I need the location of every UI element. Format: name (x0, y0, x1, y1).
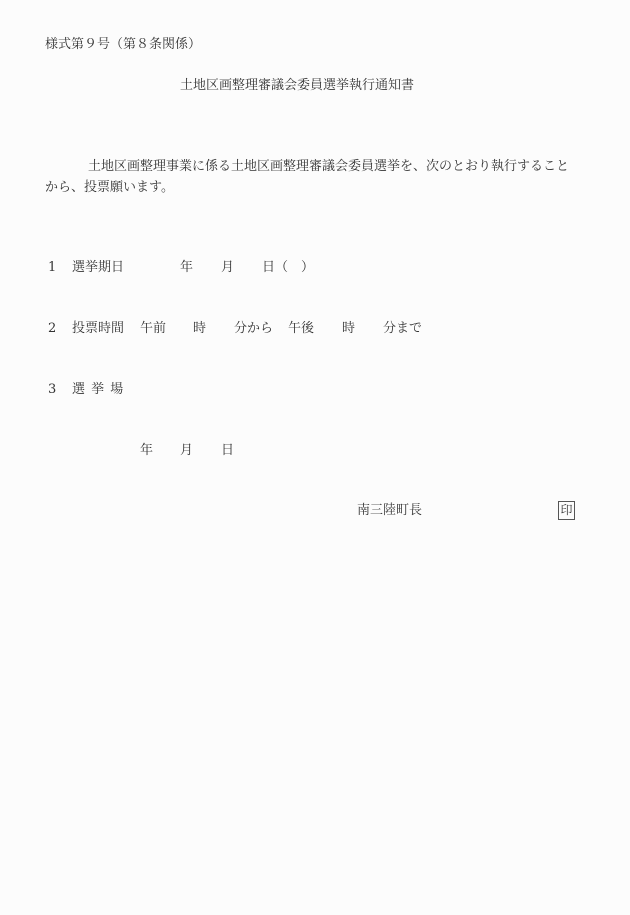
item-number: 1 (48, 260, 56, 276)
hour-label-end: 時 (342, 321, 355, 337)
item-number: 3 (48, 382, 56, 398)
minute-from-label: 分から (234, 321, 273, 337)
issue-year-label: 年 (140, 443, 153, 459)
item-number: 2 (48, 321, 56, 337)
hour-label-start: 時 (193, 321, 206, 337)
document-title: 土地区画整理審議会委員選挙執行通知書 (180, 78, 414, 94)
issue-day-label: 日 (221, 443, 234, 459)
day-field-label: 日（ ） (262, 260, 314, 276)
body-text-line-1: 土地区画整理事業に係る土地区画整理審議会委員選挙を、次のとおり執行すること (88, 159, 569, 175)
pm-label: 午後 (288, 321, 314, 337)
form-number-label: 様式第９号（第８条関係） (45, 37, 201, 53)
item-label: 選挙期日 (72, 260, 124, 276)
item-label: 投票時間 (72, 321, 124, 337)
body-text-line-2: から、投票願います。 (45, 180, 174, 196)
minute-until-label: 分まで (383, 321, 422, 337)
year-field-label: 年 (180, 260, 193, 276)
issue-month-label: 月 (180, 443, 193, 459)
seal-stamp-icon: 印 (558, 501, 575, 520)
signatory-title: 南三陸町長 (357, 503, 422, 519)
am-label: 午前 (140, 321, 166, 337)
month-field-label: 月 (221, 260, 234, 276)
item-label: 選 挙 場 (72, 382, 124, 398)
